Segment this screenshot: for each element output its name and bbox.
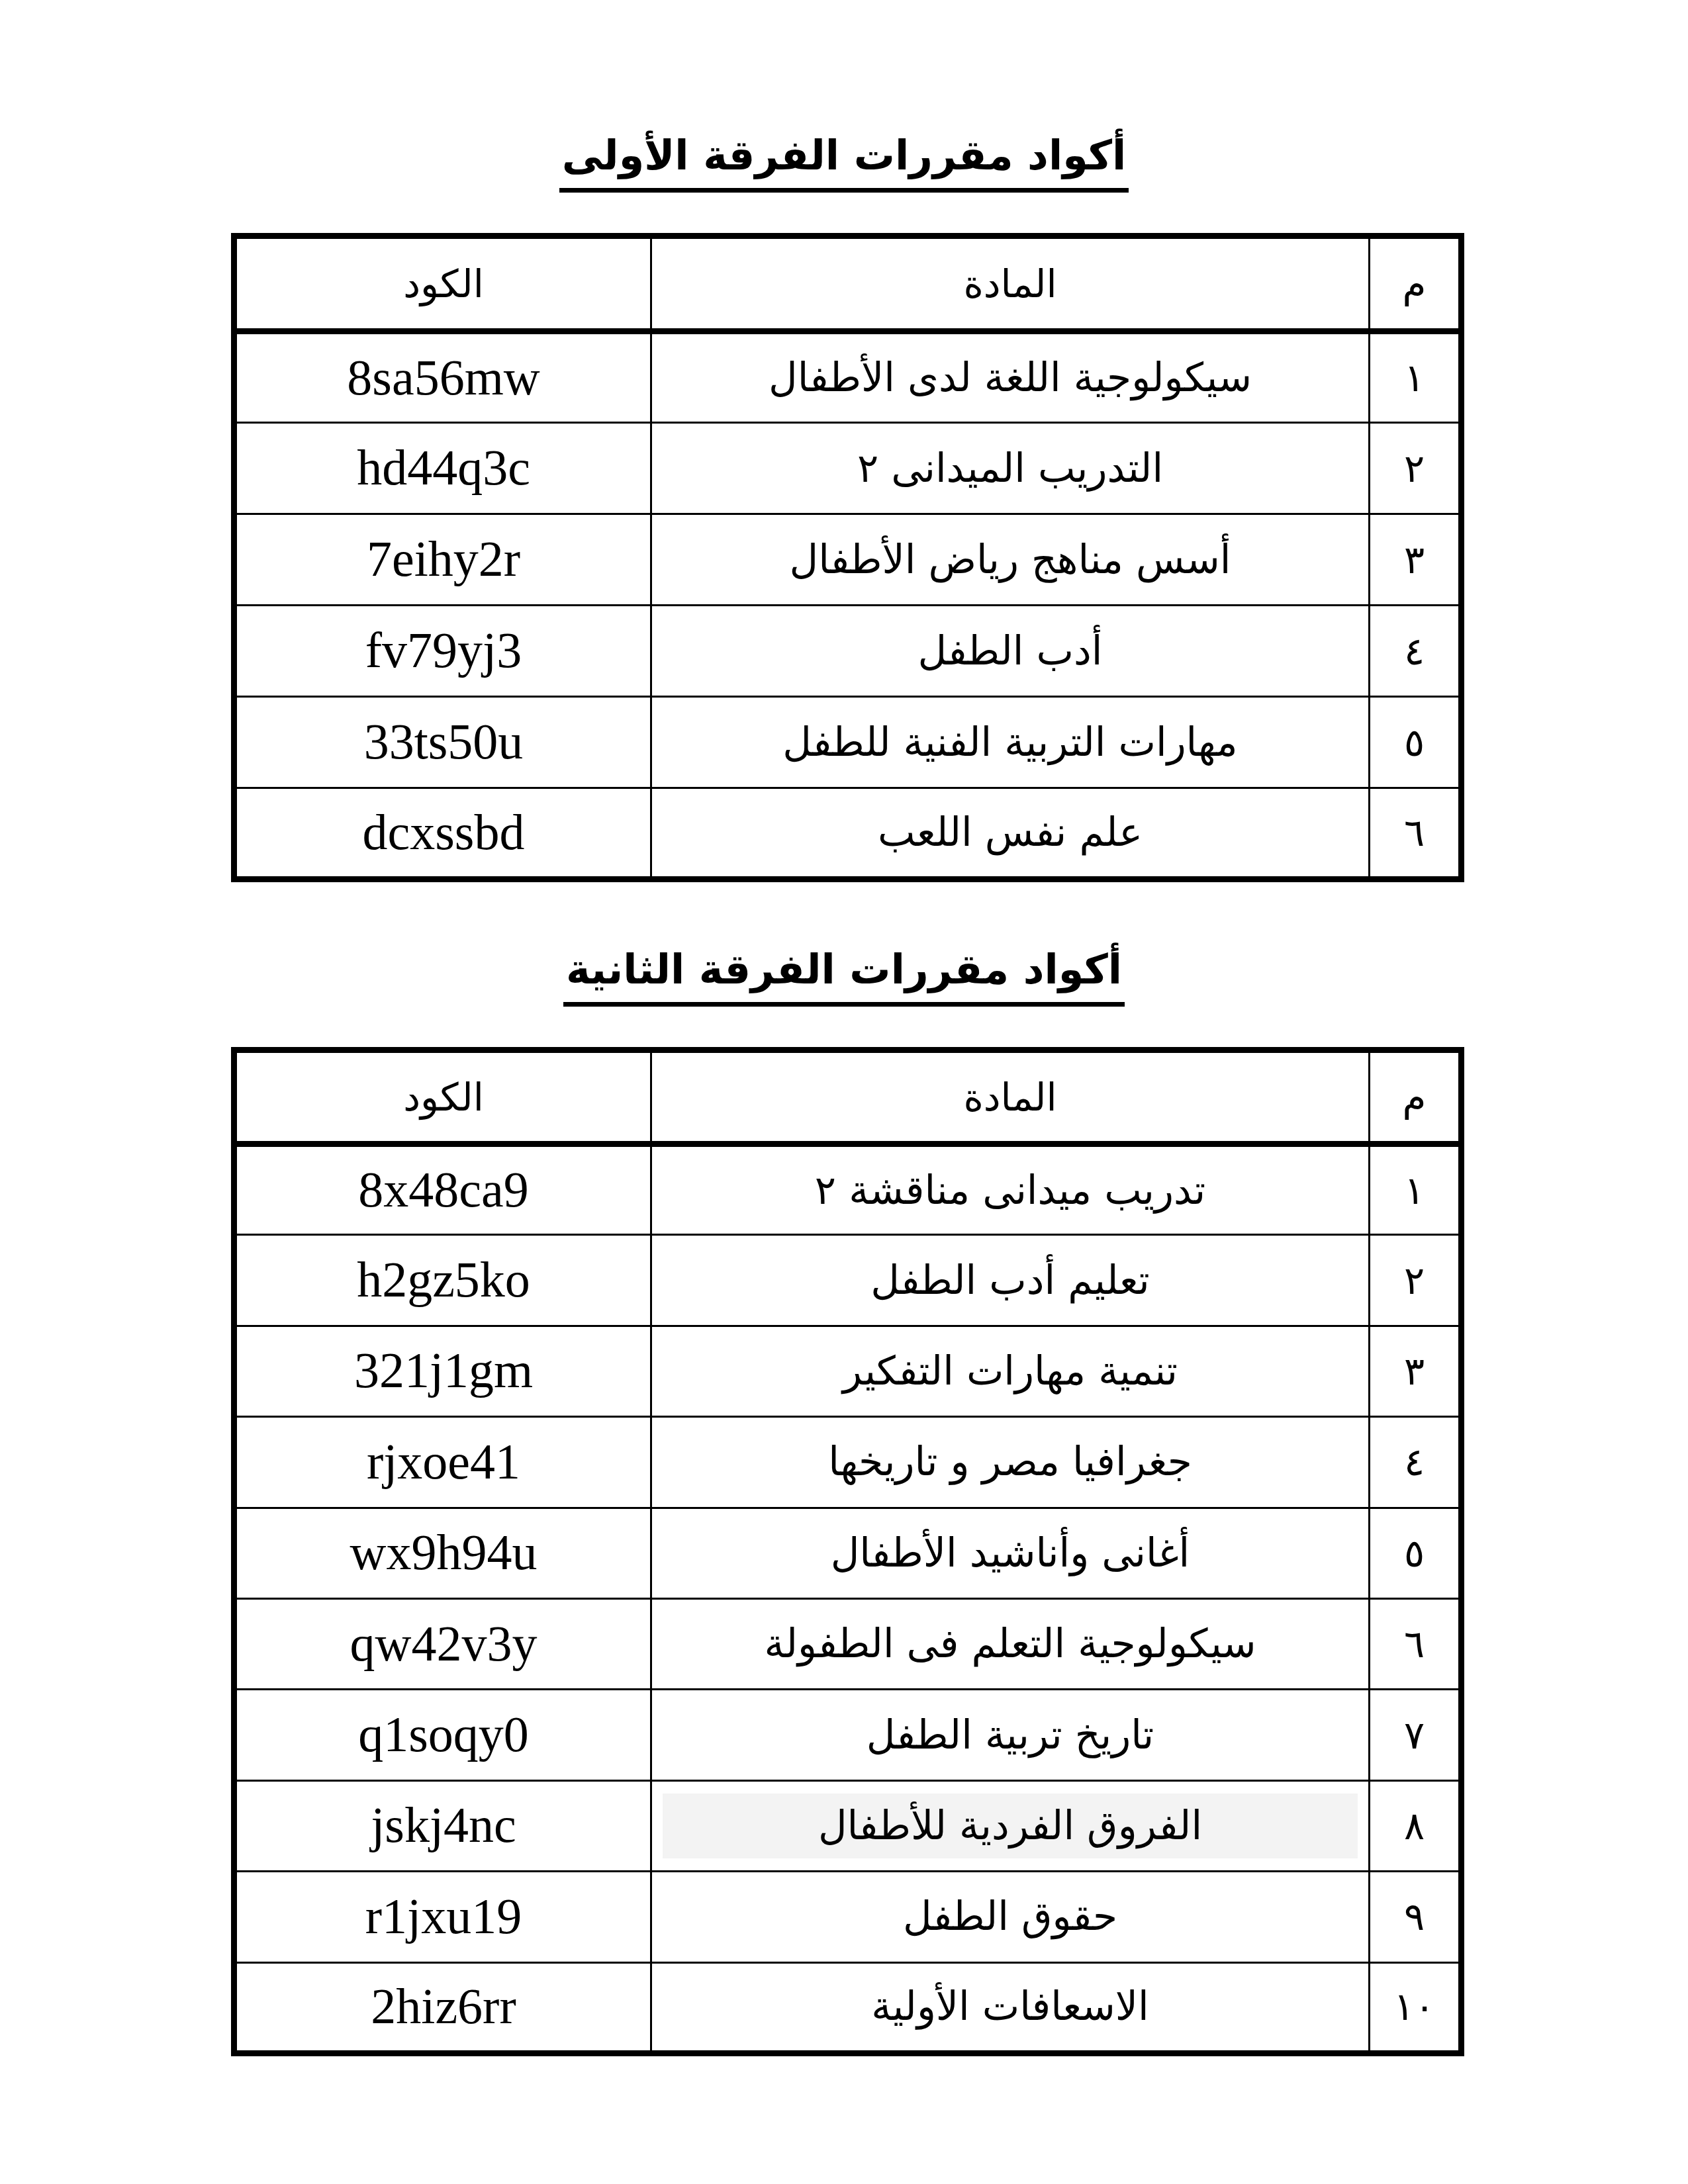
row-subject: تنمية مهارات التفكير xyxy=(651,1326,1370,1416)
row-num: ٣ xyxy=(1370,514,1462,606)
row-subject: أغانى وأناشيد الأطفال xyxy=(651,1508,1370,1598)
row-code: 8sa56mw xyxy=(234,332,651,423)
second-year-codes-table: م المادة الكود ١ تدريب ميدانى مناقشة ٢ 8… xyxy=(231,1047,1464,2056)
table-row: ٣ تنمية مهارات التفكير 321j1gm xyxy=(234,1326,1462,1416)
table-row: ١٠ الاسعافات الأولية 2hiz6rr xyxy=(234,1962,1462,2053)
table-header-row: م المادة الكود xyxy=(234,1050,1462,1144)
first-year-codes-table: م المادة الكود ١ سيكولوجية اللغة لدى الأ… xyxy=(231,233,1464,882)
table-row: ٤ أدب الطفل fv79yj3 xyxy=(234,606,1462,697)
table-row: ١ سيكولوجية اللغة لدى الأطفال 8sa56mw xyxy=(234,332,1462,423)
row-subject-cell: الفروق الفردية للأطفال xyxy=(651,1780,1370,1871)
row-code: h2gz5ko xyxy=(234,1235,651,1326)
table-row: ٦ سيكولوجية التعلم فى الطفولة qw42v3y xyxy=(234,1598,1462,1689)
row-num: ٣ xyxy=(1370,1326,1462,1416)
row-num: ٨ xyxy=(1370,1780,1462,1871)
table-row: ٢ التدريب الميدانى ٢ hd44q3c xyxy=(234,423,1462,514)
row-code: q1soqy0 xyxy=(234,1690,651,1780)
row-code: wx9h94u xyxy=(234,1508,651,1598)
row-code: fv79yj3 xyxy=(234,606,651,697)
row-code: 33ts50u xyxy=(234,697,651,788)
table-row: ٦ علم نفس اللعب dcxssbd xyxy=(234,788,1462,880)
row-code: hd44q3c xyxy=(234,423,651,514)
row-code: jskj4nc xyxy=(234,1780,651,1871)
section-title-second-year: أكواد مقررات الفرقة الثانية xyxy=(0,940,1688,1007)
row-code: r1jxu19 xyxy=(234,1872,651,1962)
table-row: ٧ تاريخ تربية الطفل q1soqy0 xyxy=(234,1690,1462,1780)
header-subject: المادة xyxy=(651,1050,1370,1144)
row-num: ٤ xyxy=(1370,1417,1462,1508)
row-num: ٩ xyxy=(1370,1872,1462,1962)
row-subject: حقوق الطفل xyxy=(651,1872,1370,1962)
header-num: م xyxy=(1370,236,1462,332)
header-subject: المادة xyxy=(651,236,1370,332)
row-code: 8x48ca9 xyxy=(234,1144,651,1235)
row-subject: مهارات التربية الفنية للطفل xyxy=(651,697,1370,788)
row-subject: تاريخ تربية الطفل xyxy=(651,1690,1370,1780)
row-subject: تدريب ميدانى مناقشة ٢ xyxy=(651,1144,1370,1235)
table-row: ٥ مهارات التربية الفنية للطفل 33ts50u xyxy=(234,697,1462,788)
row-num: ٤ xyxy=(1370,606,1462,697)
row-subject: سيكولوجية اللغة لدى الأطفال xyxy=(651,332,1370,423)
row-num: ١٠ xyxy=(1370,1962,1462,2053)
row-num: ٥ xyxy=(1370,697,1462,788)
header-num: م xyxy=(1370,1050,1462,1144)
row-num: ١ xyxy=(1370,1144,1462,1235)
row-code: 321j1gm xyxy=(234,1326,651,1416)
table-row: ٩ حقوق الطفل r1jxu19 xyxy=(234,1872,1462,1962)
row-num: ٢ xyxy=(1370,423,1462,514)
table-row: ٢ تعليم أدب الطفل h2gz5ko xyxy=(234,1235,1462,1326)
row-code: qw42v3y xyxy=(234,1598,651,1689)
row-subject-highlight: الفروق الفردية للأطفال xyxy=(663,1794,1358,1858)
section-title-first-year: أكواد مقررات الفرقة الأولى xyxy=(0,126,1688,193)
row-num: ٢ xyxy=(1370,1235,1462,1326)
row-subject: سيكولوجية التعلم فى الطفولة xyxy=(651,1598,1370,1689)
row-num: ٦ xyxy=(1370,1598,1462,1689)
row-num: ٦ xyxy=(1370,788,1462,880)
table-row: ١ تدريب ميدانى مناقشة ٢ 8x48ca9 xyxy=(234,1144,1462,1235)
row-code: rjxoe41 xyxy=(234,1417,651,1508)
row-subject: جغرافيا مصر و تاريخها xyxy=(651,1417,1370,1508)
table-header-row: م المادة الكود xyxy=(234,236,1462,332)
title-text: أكواد مقررات الفرقة الثانية xyxy=(563,940,1125,1007)
row-subject: أدب الطفل xyxy=(651,606,1370,697)
header-code: الكود xyxy=(234,236,651,332)
row-num: ٥ xyxy=(1370,1508,1462,1598)
row-num: ٧ xyxy=(1370,1690,1462,1780)
header-code: الكود xyxy=(234,1050,651,1144)
table-row: ٤ جغرافيا مصر و تاريخها rjxoe41 xyxy=(234,1417,1462,1508)
title-text: أكواد مقررات الفرقة الأولى xyxy=(559,126,1129,193)
table-row: ٣ أسس مناهج رياض الأطفال 7eihy2r xyxy=(234,514,1462,606)
row-subject: علم نفس اللعب xyxy=(651,788,1370,880)
table-row-highlighted: ٨ الفروق الفردية للأطفال jskj4nc xyxy=(234,1780,1462,1871)
row-code: 7eihy2r xyxy=(234,514,651,606)
row-subject: التدريب الميدانى ٢ xyxy=(651,423,1370,514)
row-subject: أسس مناهج رياض الأطفال xyxy=(651,514,1370,606)
row-subject: الاسعافات الأولية xyxy=(651,1962,1370,2053)
table-row: ٥ أغانى وأناشيد الأطفال wx9h94u xyxy=(234,1508,1462,1598)
row-subject: تعليم أدب الطفل xyxy=(651,1235,1370,1326)
row-code: 2hiz6rr xyxy=(234,1962,651,2053)
row-num: ١ xyxy=(1370,332,1462,423)
row-code: dcxssbd xyxy=(234,788,651,880)
